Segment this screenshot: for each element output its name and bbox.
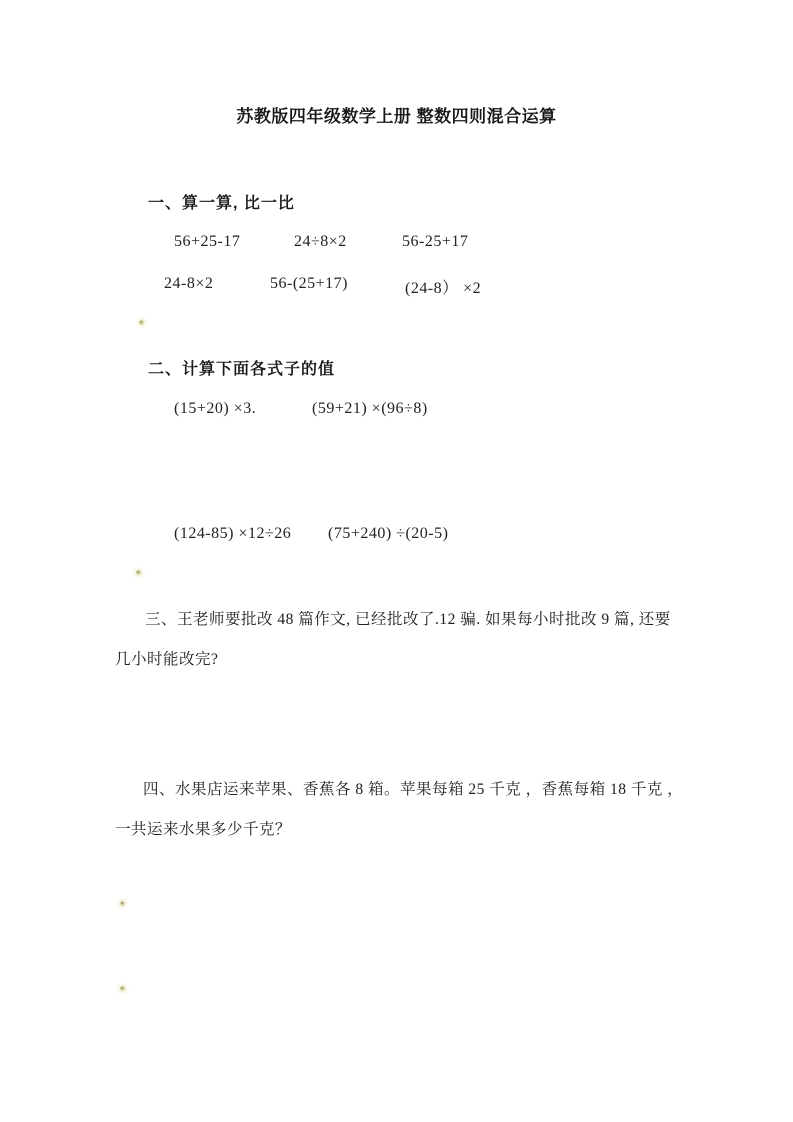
scan-artifact-dot (139, 320, 144, 325)
problem-text-line: 三、王老师要批改 48 篇作文, 已经批改了.12 骗. 如果每小时批改 9 篇… (145, 607, 671, 629)
scan-artifact-dot (120, 986, 125, 991)
expression: 56-25+17 (402, 233, 468, 251)
problem-text-line: 几小时能改完? (115, 647, 218, 669)
expression: (24-8） ×2 (405, 275, 481, 298)
problem-text-line: 四、水果店运来苹果、香蕉各 8 箱。苹果每箱 25 千克 ，香蕉每箱 18 千克… (143, 777, 683, 799)
section2-heading: 二、计算下面各式子的值 (148, 356, 335, 379)
expression: 56+25-17 (174, 233, 240, 251)
expression: 56-(25+17) (270, 275, 348, 293)
expression: (15+20) ×3. (174, 400, 256, 418)
problem-text-line: 一共运来水果多少千克？ (115, 817, 291, 839)
expression: (75+240) ÷(20-5) (328, 525, 448, 543)
expression: (124-85) ×12÷26 (174, 525, 291, 543)
expression: 24-8×2 (164, 275, 213, 293)
scan-artifact-dot (136, 570, 141, 575)
worksheet-page: 苏教版四年级数学上册 整数四则混合运算 一、算一算, 比一比 56+25-17 … (0, 0, 793, 1122)
expression: (59+21) ×(96÷8) (312, 400, 428, 418)
page-title: 苏教版四年级数学上册 整数四则混合运算 (0, 102, 793, 127)
section1-heading: 一、算一算, 比一比 (148, 190, 295, 213)
scan-artifact-dot (120, 901, 125, 906)
expression: 24÷8×2 (294, 233, 347, 251)
